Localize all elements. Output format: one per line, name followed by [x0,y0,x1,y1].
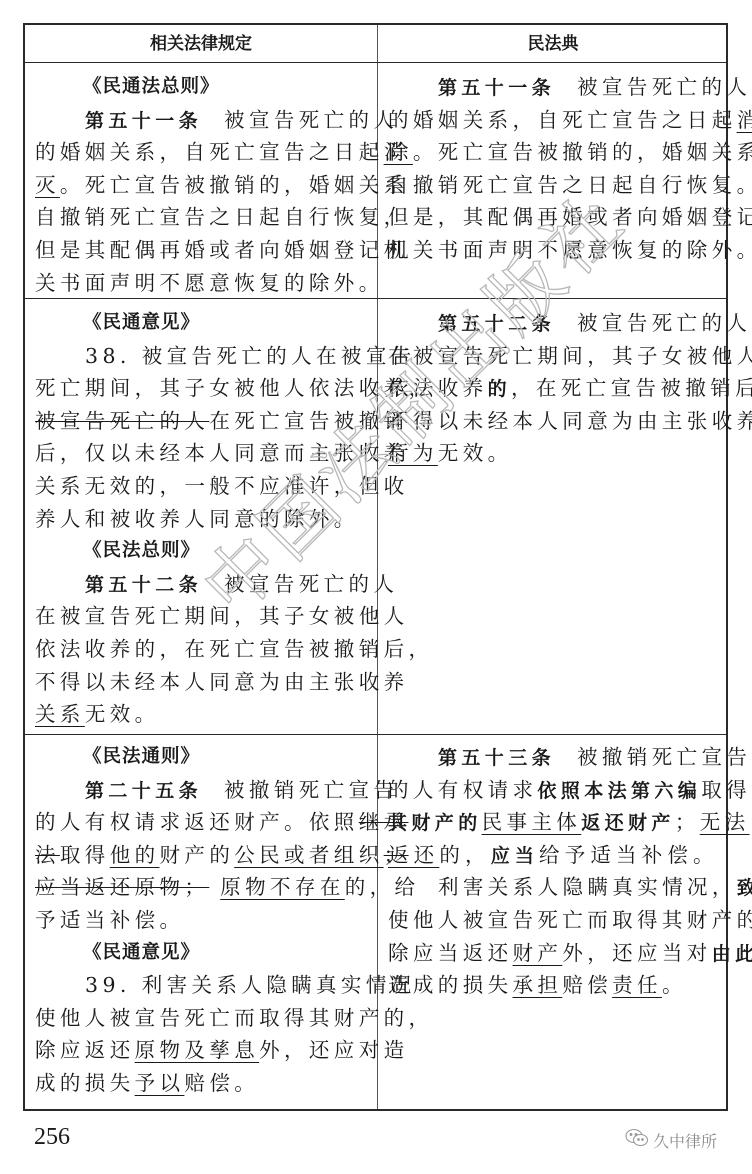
row-2-right-cell: 第五十二条被宣告死亡的人在被宣告死亡期间，其子女被他人依法收养的，在死亡宣告被撤… [388,307,718,470]
changed-text: 消 [737,108,752,132]
deleted-text: 应当返还原物； [35,875,209,899]
text-segment: 《民法通则》 [83,746,200,767]
text-segment: 赔偿 [562,973,612,997]
text-line: 第五十一条被宣告死亡的人 [35,104,365,137]
text-segment: 。死亡宣告被撤销的，婚姻关系 [60,173,409,197]
text-line: 应当返还原物； 原物不存在的，给 [35,871,365,904]
text-segment: 利害关系人隐瞒真实情况， [438,875,737,899]
text-line: 第二十五条被撤销死亡宣告 [35,774,365,807]
text-line: 依法收养的，在死亡宣告被撤销后， [35,633,365,666]
text-segment: 无效。 [85,702,160,726]
brand-name: 久中律所 [653,1129,717,1152]
text-line: 利害关系人隐瞒真实情况，致 [388,871,718,904]
text-line: 使他人被宣告死亡而取得其财产的， [35,1002,365,1035]
text-line: 第五十三条被撤销死亡宣告 [388,741,718,774]
text-segment: 使他人被宣告死亡而取得其财产的， [388,908,752,932]
text-line: 灭。死亡宣告被撤销的，婚姻关系 [35,169,365,202]
text-line: 38. 被宣告死亡的人在被宣告 [35,340,365,373]
footer-brand: 久中律所 [625,1128,717,1152]
text-line: 被宣告死亡的人在死亡宣告被撤销 [35,405,365,438]
text-line: 行为无效。 [388,437,718,470]
text-segment: 《民通意见》 [83,312,200,333]
text-segment: 的， [439,843,490,867]
text-segment: 取得 [60,843,110,867]
text-line: 的婚姻关系，自死亡宣告之日起消 [388,104,718,137]
text-segment: 38. 被宣告死亡的人在被宣告 [85,344,416,368]
text-segment: 被撤销死亡宣告 [577,745,751,769]
text-line: 养人和被收养人同意的除外。 [35,503,365,536]
text-segment: 自撤销死亡宣告之日起自行恢复。 [388,173,752,197]
text-line: 第五十二条被宣告死亡的人 [35,568,365,601]
text-segment: 后，仅以未经本人同意而主张收养 [35,441,409,465]
text-line: 法取得他的财产的公民或者组织； [35,839,365,872]
row-2-left-cell: 《民通意见》38. 被宣告死亡的人在被宣告死亡期间，其子女被他人依法收养，被宣告… [35,307,365,731]
text-line: 关系无效的，一般不应准许，但收 [35,470,365,503]
text-segment: 不得以未经本人同意为由主张收养 [388,409,752,433]
text-segment: 成的损失 [35,1071,135,1095]
text-segment: 财产的 [160,843,235,867]
row-1-right-cell: 第五十一条被宣告死亡的人的婚姻关系，自死亡宣告之日起消除。死亡宣告被撤销的，婚姻… [388,71,718,267]
text-line: 除应返还原物及孳息外，还应对造 [35,1034,365,1067]
text-segment: 被宣告死亡的人 [577,311,751,335]
text-line: 的人有权请求依照本法第六编取得 [388,774,718,807]
text-line: 使他人被宣告死亡而取得其财产的， [388,904,718,937]
text-segment: 养人和被收养人同意的除外。 [35,507,359,531]
source-law-title: 《民通意见》 [35,307,365,340]
changed-text: 除 [388,140,413,164]
text-line: 关系无效。 [35,698,365,731]
text-segment: 外，还应对造 [259,1038,408,1062]
text-segment: 不得以未经本人同意为由主张收养 [35,670,409,694]
text-segment: 死亡期间，其子女被他人依法收养， [35,376,433,400]
row-divider-2 [25,734,726,735]
bold-text: 其财产的 [388,812,482,834]
changed-text: 他的 [110,843,160,867]
bold-text: 的 [488,378,511,400]
row-3-right-cell: 第五十三条被撤销死亡宣告的人有权请求依照本法第六编取得其财产的民事主体返还财产；… [388,741,718,1002]
text-segment: 除应当返还 [388,941,513,965]
text-line: 其财产的民事主体返还财产；无法 [388,806,718,839]
text-segment: 被宣告死亡的人 [224,572,398,596]
text-segment: 39. 利害关系人隐瞒真实情况 [85,973,416,997]
text-segment: 关系无效的，一般不应准许，但收 [35,474,409,498]
text-segment [209,875,220,899]
text-line: 成的损失予以赔偿。 [35,1067,365,1100]
text-line: 第五十二条被宣告死亡的人 [388,307,718,340]
text-line: 自撤销死亡宣告之日起自行恢复， [35,201,365,234]
changed-text: 责任 [612,973,662,997]
text-line: 不得以未经本人同意为由主张收养 [35,666,365,699]
text-segment: 但是其配偶再婚或者向婚姻登记机 [35,238,409,262]
bold-text: 第五十一条 [85,110,202,132]
changed-text: 行为 [388,441,438,465]
text-line: 在被宣告死亡期间，其子女被他人 [388,340,718,373]
text-line: 第五十一条被宣告死亡的人 [388,71,718,104]
text-line: 返还的，应当给予适当补偿。 [388,839,718,872]
text-line: 机关书面声明不愿意恢复的除外。 [388,234,718,267]
bold-text: 第五十三条 [438,747,555,769]
text-line: 的婚姻关系，自死亡宣告之日起消 [35,136,365,169]
text-line: 但是，其配偶再婚或者向婚姻登记 [388,201,718,234]
text-segment: 《民通法总则》 [83,76,220,97]
row-3-left-cell: 《民法通则》第二十五条被撤销死亡宣告的人有权请求返还财产。依照继承法取得他的财产… [35,741,365,1100]
source-law-title: 《民法通则》 [35,741,365,774]
text-line: 予适当补偿。 [35,904,365,937]
bold-text: 应当 [491,845,539,867]
source-law-title: 《民法总则》 [35,535,365,568]
source-law-title: 《民通意见》 [35,937,365,970]
text-segment: 《民通意见》 [83,942,200,963]
text-segment: 自撤销死亡宣告之日起自行恢复， [35,205,409,229]
bold-text: 返还财产 [581,812,675,834]
text-line: 除应当返还财产外，还应当对由此 [388,937,718,970]
text-segment: 无效。 [438,441,513,465]
text-segment: 被宣告死亡的人 [224,108,398,132]
text-line: 死亡期间，其子女被他人依法收养， [35,372,365,405]
text-segment: 的婚姻关系，自死亡宣告之日起 [35,140,384,164]
page-number: 256 [34,1124,70,1151]
bold-text: 第二十五条 [85,780,202,802]
text-segment: 在被宣告死亡期间，其子女被他人 [35,604,409,628]
bold-text: 第五十一条 [438,77,555,99]
text-segment: 但是，其配偶再婚或者向婚姻登记 [388,205,752,229]
text-segment: 外，还应当对 [562,941,711,965]
text-line: 在被宣告死亡期间，其子女被他人 [35,600,365,633]
deleted-text: 法 [35,843,60,867]
changed-text: 财产 [513,941,563,965]
text-segment: 依法收养 [388,376,488,400]
text-line: 但是其配偶再婚或者向婚姻登记机 [35,234,365,267]
changed-text: 灭 [35,173,60,197]
changed-text: 承担 [513,973,563,997]
comparison-table: 相关法律规定 民法典 《民通法总则》第五十一条被宣告死亡的人的婚姻关系，自死亡宣… [23,23,728,1111]
text-segment: 被撤销死亡宣告 [224,778,398,802]
text-line: 39. 利害关系人隐瞒真实情况 [35,969,365,1002]
bold-text: 由此 [712,943,752,965]
text-line: 依法收养的，在死亡宣告被撤销后， [388,372,718,405]
text-segment: 关书面声明不愿意恢复的除外。 [35,271,384,295]
changed-text: 予以 [135,1071,185,1095]
changed-text: 民事主体 [482,810,582,834]
text-line: 除。死亡宣告被撤销的，婚姻关系 [388,136,718,169]
text-segment: 《民法总则》 [83,540,200,561]
text-segment: 在被宣告死亡期间，其子女被他人 [388,344,752,368]
changed-text: 无法 [700,810,750,834]
changed-text: 原物及孳息 [135,1038,260,1062]
text-segment: 。 [662,973,687,997]
text-line: 后，仅以未经本人同意而主张收养 [35,437,365,470]
changed-text: 关系 [35,702,85,726]
changed-text: 原物不存在 [220,875,345,899]
bold-text: 致 [737,877,752,899]
text-segment: 取得 [701,778,751,802]
text-segment: 的婚姻关系，自死亡宣告之日起 [388,108,737,132]
text-segment: 给予适当补偿。 [539,843,718,867]
text-segment: 在死亡宣告被撤销 [209,409,408,433]
text-segment: 被宣告死亡的人 [577,75,751,99]
text-segment: ，在死亡宣告被撤销后， [511,376,752,400]
text-line: 造成的损失承担赔偿责任。 [388,969,718,1002]
bold-text: 依照本法第六编 [537,780,701,802]
source-law-title: 《民通法总则》 [35,71,365,104]
row-1-left-cell: 《民通法总则》第五十一条被宣告死亡的人的婚姻关系，自死亡宣告之日起消灭。死亡宣告… [35,71,365,299]
text-line: 自撤销死亡宣告之日起自行恢复。 [388,169,718,202]
deleted-text: 被宣告死亡的人 [35,409,209,433]
column-header-civil-code: 民法典 [378,25,728,63]
text-segment: 予适当补偿。 [35,908,184,932]
changed-text: 公民或者组织 [234,843,383,867]
text-line: 的人有权请求返还财产。依照继承 [35,806,365,839]
wechat-icon [625,1128,649,1152]
column-header-related-laws: 相关法律规定 [25,25,377,63]
text-segment: 的人有权请求 [388,778,537,802]
header-divider [25,62,726,63]
text-segment: 造成的损失 [388,973,513,997]
text-segment: 机关书面声明不愿意恢复的除外。 [388,238,752,262]
bold-text: 第五十二条 [438,313,555,335]
text-segment: 。死亡宣告被撤销的，婚姻关系 [413,140,752,164]
text-segment: 依法收养的，在死亡宣告被撤销后， [35,637,433,661]
text-segment: ； [675,810,700,834]
text-segment: 除应返还 [35,1038,135,1062]
text-segment: 赔偿。 [184,1071,259,1095]
document-page: 相关法律规定 民法典 《民通法总则》第五十一条被宣告死亡的人的婚姻关系，自死亡宣… [0,0,752,1174]
text-line: 不得以未经本人同意为由主张收养 [388,405,718,438]
bold-text: 第五十二条 [85,574,202,596]
text-segment: 使他人被宣告死亡而取得其财产的， [35,1006,433,1030]
changed-text: 返还 [388,843,439,867]
text-line: 关书面声明不愿意恢复的除外。 [35,267,365,300]
text-segment: 的人有权请求返还财产。依照 [35,810,359,834]
